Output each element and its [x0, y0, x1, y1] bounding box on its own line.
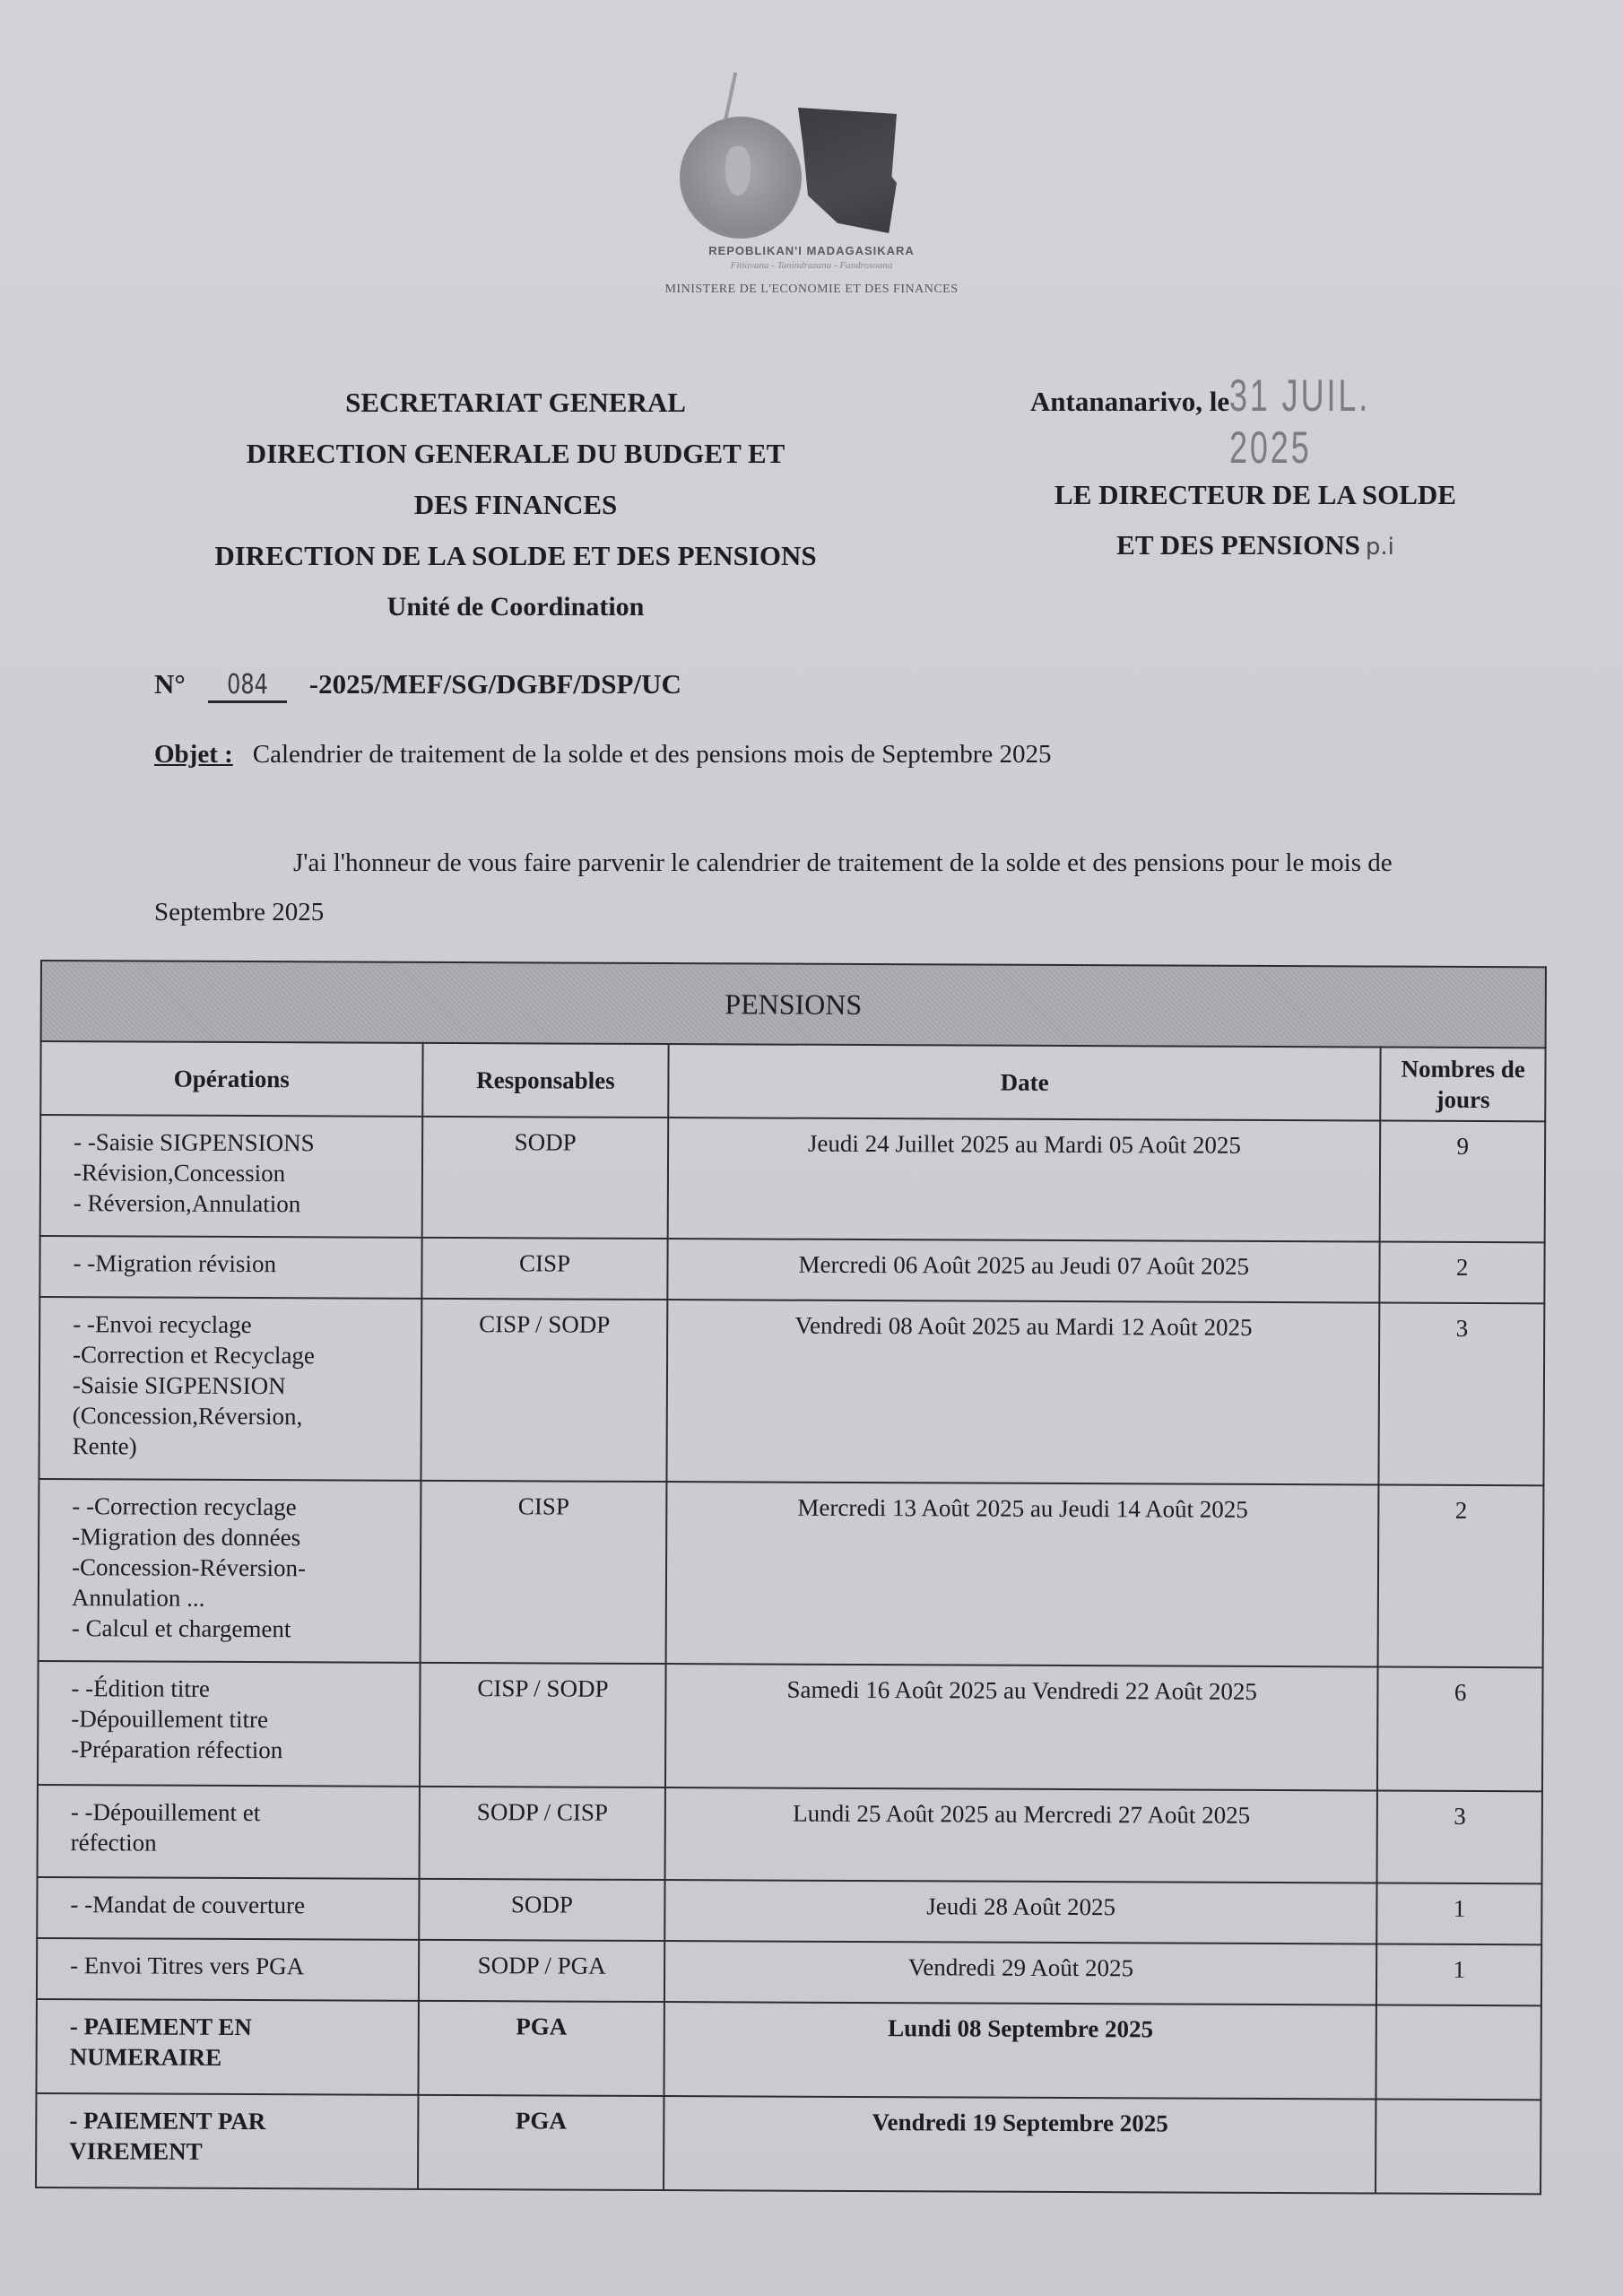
- cell-date: Lundi 08 Septembre 2025: [664, 2002, 1377, 2099]
- cell-responsables: PGA: [418, 2001, 664, 2096]
- reference-suffix: -2025/MEF/SG/DGBF/DSP/UC: [309, 668, 681, 700]
- cell-days: 3: [1377, 1791, 1542, 1884]
- cell-days: [1376, 2100, 1541, 2195]
- recipient-line: LE DIRECTEUR DE LA SOLDE: [995, 470, 1515, 520]
- table-row: - Envoi Titres vers PGASODP / PGAVendred…: [37, 1938, 1541, 2005]
- cell-operation: - -Correction recyclage -Migration des d…: [39, 1479, 421, 1663]
- cell-operation: - -Saisie SIGPENSIONS -Révision,Concessi…: [40, 1115, 422, 1238]
- cell-operation: - PAIEMENT PAR VIREMENT: [36, 2093, 418, 2189]
- cell-date: Jeudi 28 Août 2025: [664, 1880, 1376, 1944]
- sender-line: DIRECTION DE LA SOLDE ET DES PENSIONS: [143, 530, 888, 581]
- cell-date: Lundi 25 Août 2025 au Mercredi 27 Août 2…: [665, 1787, 1378, 1883]
- cell-operation: - -Mandat de couverture: [37, 1877, 419, 1940]
- document-page: REPOBLIKAN'I MADAGASIKARA Fitiavana - Ta…: [0, 0, 1623, 2296]
- recipient-title: LE DIRECTEUR DE LA SOLDE ET DES PENSIONS…: [995, 470, 1515, 572]
- table-row: - -Saisie SIGPENSIONS -Révision,Concessi…: [40, 1115, 1546, 1242]
- date-stamp: 31 JUIL. 2025: [1229, 370, 1410, 474]
- recipient-block: Antananarivo, le 31 JUIL. 2025 LE DIRECT…: [995, 370, 1515, 572]
- cell-date: Samedi 16 Août 2025 au Vendredi 22 Août …: [665, 1664, 1378, 1790]
- column-header-operations: Opérations: [40, 1041, 422, 1117]
- cell-days: 1: [1377, 1883, 1542, 1945]
- sender-line: DES FINANCES: [143, 479, 888, 530]
- cell-responsables: SODP / PGA: [419, 1940, 665, 2002]
- cell-days: 9: [1380, 1121, 1545, 1243]
- cell-days: 2: [1378, 1485, 1544, 1668]
- handwritten-number: 084: [208, 669, 287, 703]
- table-body: - -Saisie SIGPENSIONS -Révision,Concessi…: [36, 1115, 1545, 2194]
- table-row: - -Mandat de couvertureSODPJeudi 28 Août…: [37, 1877, 1541, 1944]
- table-row: - -Édition titre -Dépouillement titre -P…: [38, 1661, 1543, 1791]
- column-header-responsables: Responsables: [422, 1043, 669, 1118]
- place-label: Antananarivo, le: [1030, 386, 1229, 418]
- reference-number: N° 084 -2025/MEF/SG/DGBF/DSP/UC: [154, 668, 681, 703]
- cell-responsables: SODP / CISP: [419, 1787, 665, 1880]
- cell-operation: - -Envoi recyclage -Correction et Recycl…: [39, 1297, 421, 1481]
- cell-responsables: SODP: [421, 1117, 668, 1239]
- cell-days: 2: [1380, 1242, 1545, 1304]
- subject-label: Objet :: [154, 740, 233, 770]
- national-seal-icon: [680, 117, 802, 239]
- cell-responsables: PGA: [418, 2095, 664, 2190]
- republic-name: REPOBLIKAN'I MADAGASIKARA: [632, 244, 991, 257]
- subject-text: Calendrier de traitement de la solde et …: [253, 740, 1052, 770]
- table-title: PENSIONS: [41, 961, 1546, 1048]
- sender-block: SECRETARIAT GENERAL DIRECTION GENERALE D…: [143, 377, 888, 632]
- handwritten-initials: p.i: [1366, 534, 1394, 561]
- table-row: - -Envoi recyclage -Correction et Recycl…: [39, 1297, 1544, 1485]
- sender-line: DIRECTION GENERALE DU BUDGET ET: [143, 428, 888, 479]
- ministry-name: MINISTERE DE L'ECONOMIE ET DES FINANCES: [574, 283, 1049, 297]
- pensions-calendar-table: PENSIONS Opérations Responsables Date No…: [35, 960, 1547, 2195]
- cell-operation: - PAIEMENT EN NUMERAIRE: [36, 1999, 418, 2095]
- table-row: - PAIEMENT PAR VIREMENTPGAVendredi 19 Se…: [36, 2093, 1541, 2194]
- cell-days: 6: [1377, 1667, 1542, 1792]
- sender-unit: Unité de Coordination: [143, 581, 888, 632]
- cell-responsables: CISP: [421, 1238, 668, 1300]
- national-motto: Fitiavana - Tanindrazana - Fandrosoana: [632, 260, 991, 271]
- cell-responsables: CISP / SODP: [420, 1663, 666, 1787]
- column-header-days: Nombres de jours: [1381, 1048, 1546, 1122]
- recipient-line: ET DES PENSIONSp.i: [995, 520, 1515, 572]
- column-header-date: Date: [668, 1044, 1380, 1120]
- subject-line: Objet : Calendrier de traitement de la s…: [154, 740, 1051, 770]
- body-paragraph: J'ai l'honneur de vous faire parvenir le…: [154, 839, 1490, 937]
- cell-operation: - -Migration révision: [39, 1236, 421, 1299]
- cell-responsables: SODP: [419, 1879, 665, 1941]
- reference-prefix: N°: [154, 668, 186, 700]
- cell-days: [1376, 2005, 1541, 2100]
- table-row: - -Correction recyclage -Migration des d…: [39, 1479, 1544, 1667]
- table-row: - -Migration révisionCISPMercredi 06 Aoû…: [39, 1236, 1544, 1303]
- cell-days: 1: [1376, 1944, 1541, 2006]
- table-row: - -Dépouillement et réfectionSODP / CISP…: [38, 1785, 1542, 1883]
- cell-responsables: CISP: [420, 1481, 666, 1664]
- cell-operation: - -Dépouillement et réfection: [38, 1785, 420, 1879]
- place-date-line: Antananarivo, le 31 JUIL. 2025: [995, 370, 1515, 423]
- cell-date: Mercredi 06 Août 2025 au Jeudi 07 Août 2…: [668, 1239, 1380, 1302]
- table-row: - PAIEMENT EN NUMERAIREPGALundi 08 Septe…: [36, 1999, 1541, 2100]
- ministry-logo: [664, 63, 933, 242]
- cell-date: Vendredi 19 Septembre 2025: [664, 2096, 1376, 2193]
- cell-date: Mercredi 13 Août 2025 au Jeudi 14 Août 2…: [666, 1482, 1379, 1666]
- madagascar-map-icon: [798, 108, 897, 233]
- sender-line: SECRETARIAT GENERAL: [143, 377, 888, 428]
- cell-days: 3: [1379, 1303, 1545, 1486]
- cell-date: Jeudi 24 Juillet 2025 au Mardi 05 Août 2…: [668, 1118, 1381, 1241]
- cell-operation: - -Édition titre -Dépouillement titre -P…: [38, 1661, 420, 1787]
- cell-responsables: CISP / SODP: [421, 1299, 667, 1482]
- cell-operation: - Envoi Titres vers PGA: [37, 1938, 419, 2001]
- cell-date: Vendredi 29 Août 2025: [664, 1941, 1376, 2005]
- cell-date: Vendredi 08 Août 2025 au Mardi 12 Août 2…: [667, 1300, 1380, 1484]
